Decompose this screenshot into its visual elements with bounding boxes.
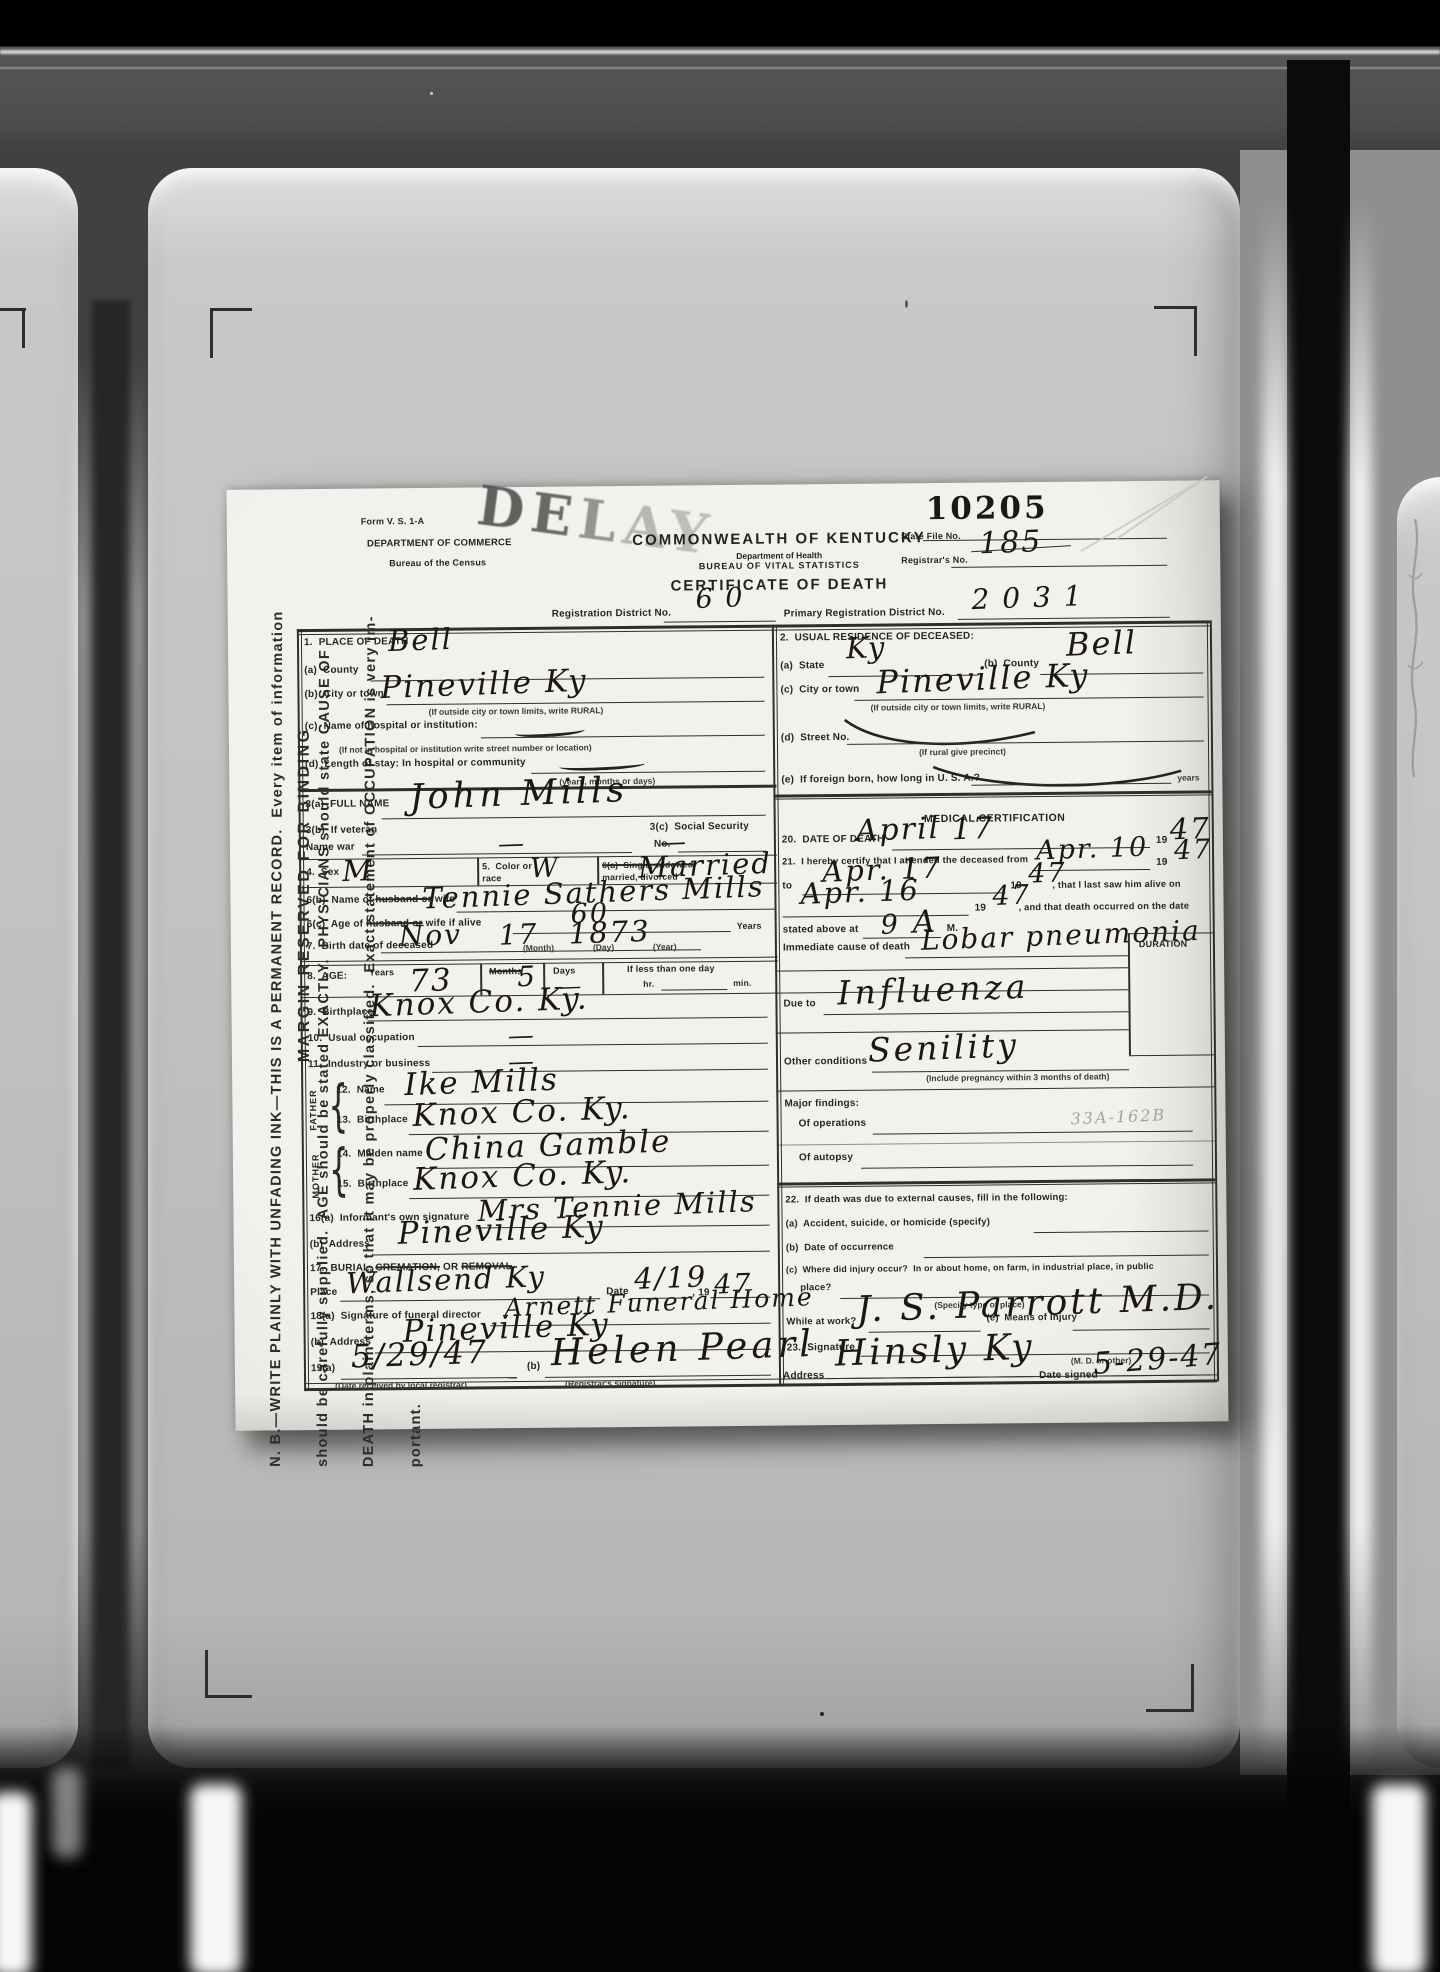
- other-conditions-label: Other conditions: [784, 1056, 867, 1068]
- form-line: [1129, 1054, 1214, 1056]
- microfilm-scan: N. B.—WRITE PLAINLY WITH UNFADING INK—TH…: [0, 0, 1440, 1972]
- years-suffix-right: years: [1177, 773, 1199, 783]
- reg-district-label: Registration District No.: [552, 608, 672, 620]
- corner-mark-icon: [210, 308, 213, 358]
- street-note: (If not in hospital or institution write…: [339, 742, 592, 754]
- form-line: [418, 1043, 768, 1048]
- mother-side-label: MOTHER: [310, 1153, 320, 1198]
- registrar-number-value: 185: [979, 527, 1043, 559]
- dust-speck: [905, 300, 908, 308]
- form-line: [776, 1086, 1214, 1092]
- month-note: (Month): [523, 943, 554, 953]
- film-frame-left: [0, 168, 78, 1768]
- form-line: [1073, 1328, 1210, 1331]
- color-race-label: 5. Color or: [482, 861, 532, 871]
- father-name-label: 12. Name: [336, 1084, 385, 1095]
- informant-address-label: (b) Address: [310, 1238, 370, 1250]
- film-gap-left: [92, 300, 130, 1770]
- film-glow: [74, 350, 90, 1750]
- county-value: Bell: [387, 625, 453, 656]
- received-date-value: 5/29/47: [350, 1336, 488, 1373]
- full-name-value: John Mills: [409, 773, 629, 816]
- external-causes-title: 22. If death was due to external causes,…: [785, 1192, 1068, 1206]
- stated-above-label: stated above at: [783, 924, 859, 936]
- father-side-label: FATHER: [308, 1089, 318, 1130]
- physician-signature: J. S. Parrott M.D.: [856, 1280, 1220, 1329]
- sex-label: 4. Sex: [306, 867, 339, 878]
- corner-mark-icon: [1194, 306, 1197, 356]
- reg-district-value: 6 0: [695, 584, 745, 613]
- form-line: [1034, 1230, 1209, 1233]
- occurrence-date-label: (b) Date of occurrence: [786, 1241, 894, 1253]
- film-glow: [130, 350, 146, 1750]
- primary-reg-district-value: 2 0 3 1: [971, 582, 1084, 614]
- header-department: DEPARTMENT OF COMMERCE: [367, 537, 512, 549]
- residence-state-value: Ky: [846, 633, 887, 663]
- sex-value: M: [342, 856, 375, 886]
- year-note: (Year): [653, 942, 677, 952]
- corner-mark-icon: [210, 308, 252, 311]
- last-saw-label: , that I last saw him alive on: [1052, 879, 1181, 890]
- light-leak: [190, 1784, 242, 1972]
- due-to-value: Influenza: [837, 970, 1030, 1010]
- of-operations-label: Of operations: [799, 1118, 867, 1130]
- age-years-header: Years: [369, 967, 394, 977]
- death-hour-value: 9: [880, 911, 900, 939]
- form-line: [824, 1011, 1129, 1015]
- film-glow: [1262, 200, 1288, 1780]
- street-no-label: (d) Street No.: [781, 732, 850, 744]
- corner-mark-icon: [1191, 1664, 1194, 1712]
- immediate-cause-label: Immediate cause of death: [783, 941, 910, 953]
- form-number: Form V. S. 1-A: [361, 516, 425, 527]
- light-leak: [52, 1768, 82, 1858]
- major-findings-label: Major findings:: [784, 1098, 859, 1110]
- hr-label: hr.: [643, 979, 654, 989]
- city-town-label: (b) City or town: [304, 688, 384, 700]
- precinct-note: (If rural give precinct): [919, 746, 1006, 757]
- age-label: 8. AGE:: [307, 971, 347, 982]
- form-line: [783, 915, 969, 918]
- less-than-day-label: If less than one day: [627, 963, 715, 974]
- veteran-label: 3(b) If veteran: [306, 824, 378, 836]
- of-autopsy-label: Of autopsy: [799, 1152, 853, 1164]
- label-part: 6(c) Age of: [307, 919, 367, 931]
- film-edge-line: [0, 67, 1440, 69]
- light-leak: [0, 1792, 32, 1972]
- day-note: (Day): [593, 942, 614, 952]
- form-line: [951, 565, 1167, 568]
- physician-address-value: Hinsly Ky: [834, 1330, 1035, 1373]
- stamp-letter: E: [527, 480, 583, 550]
- corner-mark-icon: [1154, 306, 1197, 309]
- immediate-cause-value: Lobar pneumonia: [920, 917, 1201, 955]
- corner-mark-icon: [205, 1695, 252, 1698]
- informant-address-value: Pineville Ky: [397, 1212, 605, 1250]
- dust-speck: [430, 92, 433, 95]
- form-line: [1128, 933, 1131, 1055]
- injury-where-label: (c) Where did injury occur? In or about …: [786, 1261, 1154, 1275]
- film-glow: [1348, 200, 1372, 1780]
- scratch-mark: [1080, 484, 1193, 551]
- duration-label: DURATION: [1139, 939, 1188, 949]
- hospital-label: (c) Name of hospital or institution:: [305, 719, 478, 732]
- scratch-mark: [1116, 476, 1207, 540]
- faint-vertical-writing: [1400, 515, 1430, 785]
- date-of-death-month: April: [855, 814, 940, 847]
- registrar-sig-note: (Registrar's signature): [565, 1378, 655, 1389]
- death-occurred-label: , and that death occurred on the date: [1018, 901, 1189, 913]
- margin-notice-line: should be carefully supplied. AGE should…: [315, 509, 333, 1467]
- margin-notice-line: N. B.—WRITE PLAINLY WITH UNFADING INK—TH…: [269, 509, 287, 1467]
- last-seen-value: Apr. 16: [800, 876, 920, 909]
- full-name-label: 3(a) FULL NAME: [305, 798, 389, 810]
- city-town-value: Pineville Ky: [380, 666, 588, 704]
- form-line: [924, 1254, 1209, 1258]
- birth-month-value: Nov: [398, 921, 462, 951]
- length-of-stay-label: (d) Length of stay: In hospital or commu…: [305, 757, 526, 770]
- printed-19: 19: [1156, 857, 1168, 868]
- pregnancy-note: (Include pregnancy within 3 months of de…: [926, 1071, 1109, 1083]
- film-edge-line: [0, 50, 1440, 54]
- received-label: 19(a): [311, 1363, 335, 1374]
- printed-19: 19: [974, 903, 986, 914]
- printed-19: 19: [1156, 835, 1168, 846]
- due-to-label: Due to: [783, 998, 815, 1009]
- while-at-work-label: While at work?: [786, 1316, 856, 1328]
- form-line: [777, 1140, 1215, 1145]
- years-suffix: Years: [737, 921, 762, 931]
- registrar-sig-label: (b): [527, 1361, 540, 1372]
- birthplace-label: 9. Birthplace: [307, 1006, 373, 1018]
- name-war-label: Name war: [306, 842, 355, 853]
- certificate-title: CERTIFICATE OF DEATH: [599, 575, 959, 595]
- form-line: [861, 1165, 1193, 1170]
- form-line: [664, 621, 776, 623]
- dust-speck: [820, 1712, 824, 1716]
- residence-city-label: (c) City or town: [780, 684, 859, 696]
- corner-mark-icon: [205, 1650, 208, 1698]
- corner-mark-icon: [1146, 1709, 1194, 1712]
- father-birthplace-label: 13. Birthplace: [337, 1114, 408, 1126]
- attended-from-year: 47: [1174, 836, 1213, 864]
- stamp-letter: D: [474, 473, 536, 543]
- county-label: (a) County: [304, 665, 359, 677]
- corner-mark-icon: [22, 308, 25, 348]
- death-certificate: N. B.—WRITE PLAINLY WITH UNFADING INK—TH…: [227, 480, 1229, 1430]
- form-line: [873, 1131, 1193, 1135]
- mother-birthplace-label: 15. Birthplace: [337, 1178, 408, 1190]
- header-bureau-census: Bureau of the Census: [389, 557, 486, 568]
- registrar-number-label: Registrar's No.: [901, 555, 968, 566]
- injury-place-label: place?: [800, 1282, 831, 1293]
- form-line: [827, 1376, 1033, 1379]
- physician-address-label: Address: [783, 1370, 825, 1381]
- date-of-death-day: 17: [951, 814, 994, 845]
- pencil-annotation: 33A-162B: [1070, 1105, 1166, 1128]
- mother-maiden-label: 14. Maiden name: [337, 1148, 423, 1160]
- burial-place-label: Place: [310, 1287, 337, 1298]
- rural-note: (If outside city or town limits, write R…: [429, 705, 604, 717]
- state-file-number: 10205: [926, 490, 1049, 527]
- occupation-label: 10. Usual occupation: [308, 1032, 415, 1044]
- residence-city-value: Pineville Ky: [876, 659, 1090, 699]
- form-line: [602, 962, 604, 994]
- primary-reg-district-label: Primary Registration District No.: [784, 607, 945, 620]
- film-black-bar: [1287, 60, 1350, 1972]
- other-conditions-value: Senility: [867, 1028, 1019, 1066]
- form-line: [661, 989, 727, 991]
- residence-state-label: (a) State: [780, 660, 824, 671]
- birthplace-value: Knox Co. Ky.: [369, 984, 589, 1023]
- form-line: [958, 617, 1170, 620]
- registrar-signature: Helen Pearl: [550, 1325, 815, 1371]
- min-label: min.: [733, 978, 751, 988]
- received-note: (Date received by local registrar): [335, 1380, 467, 1391]
- to-label: to: [782, 880, 792, 891]
- label-part: 6(b) Name of: [306, 894, 375, 906]
- light-leak: [1372, 1784, 1426, 1972]
- accident-label: (a) Accident, suicide, or homicide (spec…: [786, 1217, 991, 1230]
- residence-rural-note: (If outside city or town limits, write R…: [871, 701, 1046, 713]
